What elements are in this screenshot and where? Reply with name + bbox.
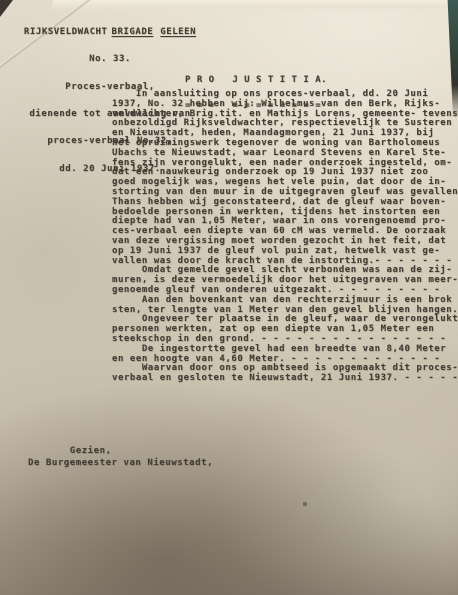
brigade-word-brigade: BRIGADE: [111, 27, 153, 37]
closing-signature-block: Gezien, De Burgemeester van Nieuwstadt,: [28, 446, 213, 469]
brigade-word-geleen: GELEEN: [160, 27, 196, 37]
brigade-title-line: RIJKSVELDWACHTBRIGADEGELEEN: [6, 28, 214, 37]
document-body-text: In aansluiting op ons proces-verbaal, dd…: [112, 90, 458, 384]
pro-justitia-title: P R O J U S T I T I A.: [185, 76, 327, 85]
document-photo: RIJKSVELDWACHTBRIGADEGELEEN No. 33. Proc…: [0, 0, 458, 595]
brigade-word-rijksveldwacht: RIJKSVELDWACHT: [24, 27, 108, 37]
header-number-line: No. 33.: [6, 55, 214, 64]
paper-speck: [303, 502, 307, 506]
